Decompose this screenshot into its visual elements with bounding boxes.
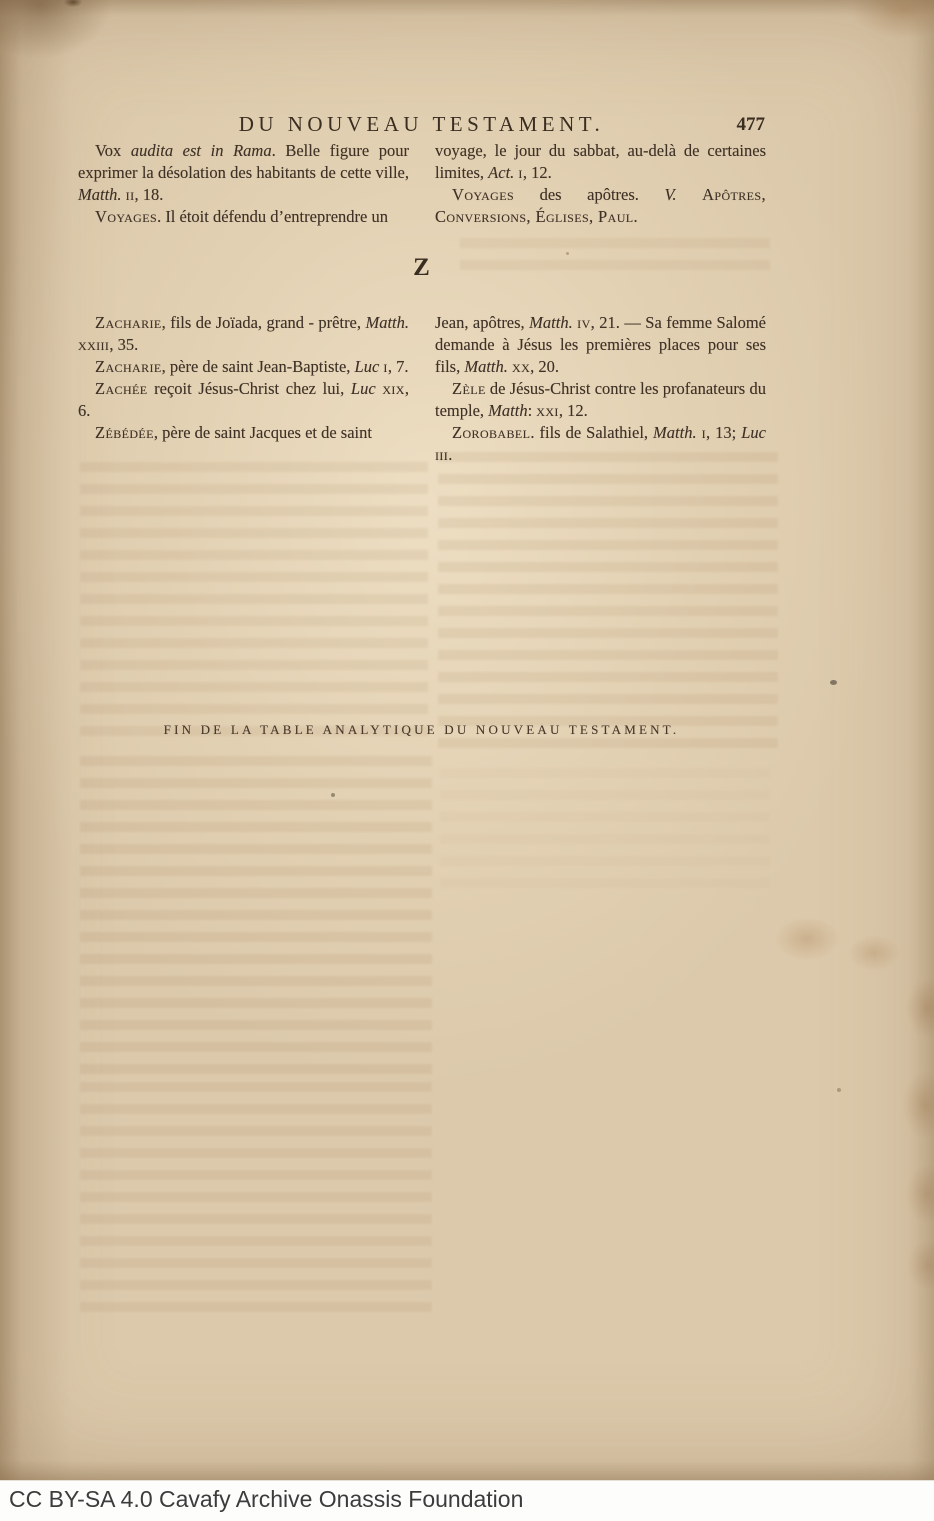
paper-stain — [898, 1155, 934, 1233]
text-run: Voyages — [95, 207, 157, 226]
page-number: 477 — [717, 114, 765, 136]
ghost-text-bleedthrough — [440, 768, 770, 888]
text-run: , 12. — [559, 401, 588, 420]
paragraph: Zorobabel. fils de Salathiel, Matth. i, … — [435, 422, 766, 466]
paper-speck — [830, 680, 837, 685]
text-run: Zébédée — [95, 423, 154, 442]
text-run: Matth — [488, 401, 527, 420]
text-run: iii — [435, 445, 448, 464]
text-run: : — [528, 401, 537, 420]
text-run: audita est in Rama — [131, 141, 272, 160]
section-letter-heading: Z — [78, 254, 765, 282]
paper-stain — [0, 0, 140, 80]
text-run: Luc — [355, 357, 380, 376]
text-run: Luc — [351, 379, 376, 398]
page-title: DU NOUVEAU TESTAMENT. — [78, 112, 765, 137]
paper-speck — [566, 252, 569, 255]
text-run: Zèle — [452, 379, 486, 398]
text-run: Matth. — [365, 313, 409, 332]
paragraph: Zacharie, fils de Joïada, grand - prêtre… — [78, 312, 409, 356]
scanned-book-page: DU NOUVEAU TESTAMENT. 477 Vox audita est… — [0, 0, 934, 1480]
paragraph: Zacharie, père de saint Jean-Baptiste, L… — [78, 356, 409, 378]
text-run: reçoit Jésus-Christ chez lui, — [147, 379, 350, 398]
text-run: Luc — [741, 423, 766, 442]
license-text: CC BY-SA 4.0 Cavafy Archive Onassis Foun… — [9, 1486, 523, 1512]
paragraph: Jean, apôtres, Matth. iv, 21. — Sa femme… — [435, 312, 766, 378]
column-right-upper: voyage, le jour du sabbat, au-delà de ce… — [435, 140, 766, 228]
text-run: Zacharie — [95, 313, 162, 332]
text-run: . — [448, 445, 452, 464]
text-run: . Il étoit défendu d’entreprendre un — [157, 207, 388, 226]
text-run: Matth. — [464, 357, 508, 376]
text-run: , père de saint Jacques et de saint — [154, 423, 372, 442]
text-run: Zachée — [95, 379, 147, 398]
text-run — [677, 185, 703, 204]
paper-stain — [838, 928, 910, 978]
text-run: Zacharie — [95, 357, 162, 376]
text-run: Matth. — [529, 313, 573, 332]
text-run: xx — [512, 357, 530, 376]
paper-speck — [331, 793, 335, 797]
text-run: xxiii — [78, 335, 109, 354]
column-left-upper: Vox audita est in Rama. Belle figure pou… — [78, 140, 409, 228]
column-left-z-entries: Zacharie, fils de Joïada, grand - prêtre… — [78, 312, 409, 444]
text-run: voyage, le jour du sabbat, au-delà de ce… — [435, 141, 766, 182]
ghost-text-bleedthrough — [438, 452, 778, 758]
text-run: iv — [577, 313, 590, 332]
text-run: , fils de Joïada, grand - prêtre, — [162, 313, 366, 332]
paragraph: Zébédée, père de saint Jacques et de sai… — [78, 422, 409, 444]
text-run: xix — [382, 379, 405, 398]
ghost-text-bleedthrough — [80, 1082, 432, 1312]
paper-stain — [762, 908, 852, 970]
text-run: , 12. — [523, 163, 552, 182]
text-run: V. — [664, 185, 676, 204]
paper-speck — [837, 1088, 841, 1092]
fin-de-table-line: FIN DE LA TABLE ANALYTIQUE DU NOUVEAU TE… — [48, 722, 795, 738]
paper-stain — [898, 968, 934, 1048]
text-run: , père de saint Jean-Baptiste, — [162, 357, 355, 376]
paragraph: Voyages. Il étoit défendu d’entreprendre… — [78, 206, 409, 228]
paper-stain — [62, 0, 84, 8]
text-run: xxi — [536, 401, 559, 420]
paper-stain — [830, 0, 934, 50]
paper-stain — [894, 1060, 934, 1150]
paragraph: voyage, le jour du sabbat, au-delà de ce… — [435, 140, 766, 184]
ghost-text-bleedthrough — [80, 462, 428, 738]
text-run: des apôtres. — [514, 185, 664, 204]
text-run: Jean, apôtres, — [435, 313, 529, 332]
text-run: Vox — [95, 141, 131, 160]
license-bar: CC BY-SA 4.0 Cavafy Archive Onassis Foun… — [0, 1480, 934, 1521]
text-run: Matth. — [78, 185, 122, 204]
text-run: , 35. — [109, 335, 138, 354]
text-run: , 20. — [530, 357, 559, 376]
text-run: Zorobabel — [452, 423, 530, 442]
paragraph: Zèle de Jésus-Christ contre les profanat… — [435, 378, 766, 422]
paragraph: Zachée reçoit Jésus-Christ chez lui, Luc… — [78, 378, 409, 422]
paragraph: Vox audita est in Rama. Belle figure pou… — [78, 140, 409, 206]
text-run: Act. — [488, 163, 514, 182]
paragraph: Voyages des apôtres. V. Apôtres, Convers… — [435, 184, 766, 228]
text-run: . fils de Salathiel, — [530, 423, 653, 442]
ghost-text-bleedthrough — [80, 756, 432, 1074]
paper-stain — [900, 1232, 934, 1298]
text-run: , 18. — [134, 185, 163, 204]
text-run: Voyages — [452, 185, 514, 204]
text-run: Matth. — [653, 423, 697, 442]
column-right-z-entries: Jean, apôtres, Matth. iv, 21. — Sa femme… — [435, 312, 766, 466]
text-run: , 13; — [706, 423, 741, 442]
text-run: . — [634, 207, 638, 226]
text-run: , 7. — [388, 357, 409, 376]
